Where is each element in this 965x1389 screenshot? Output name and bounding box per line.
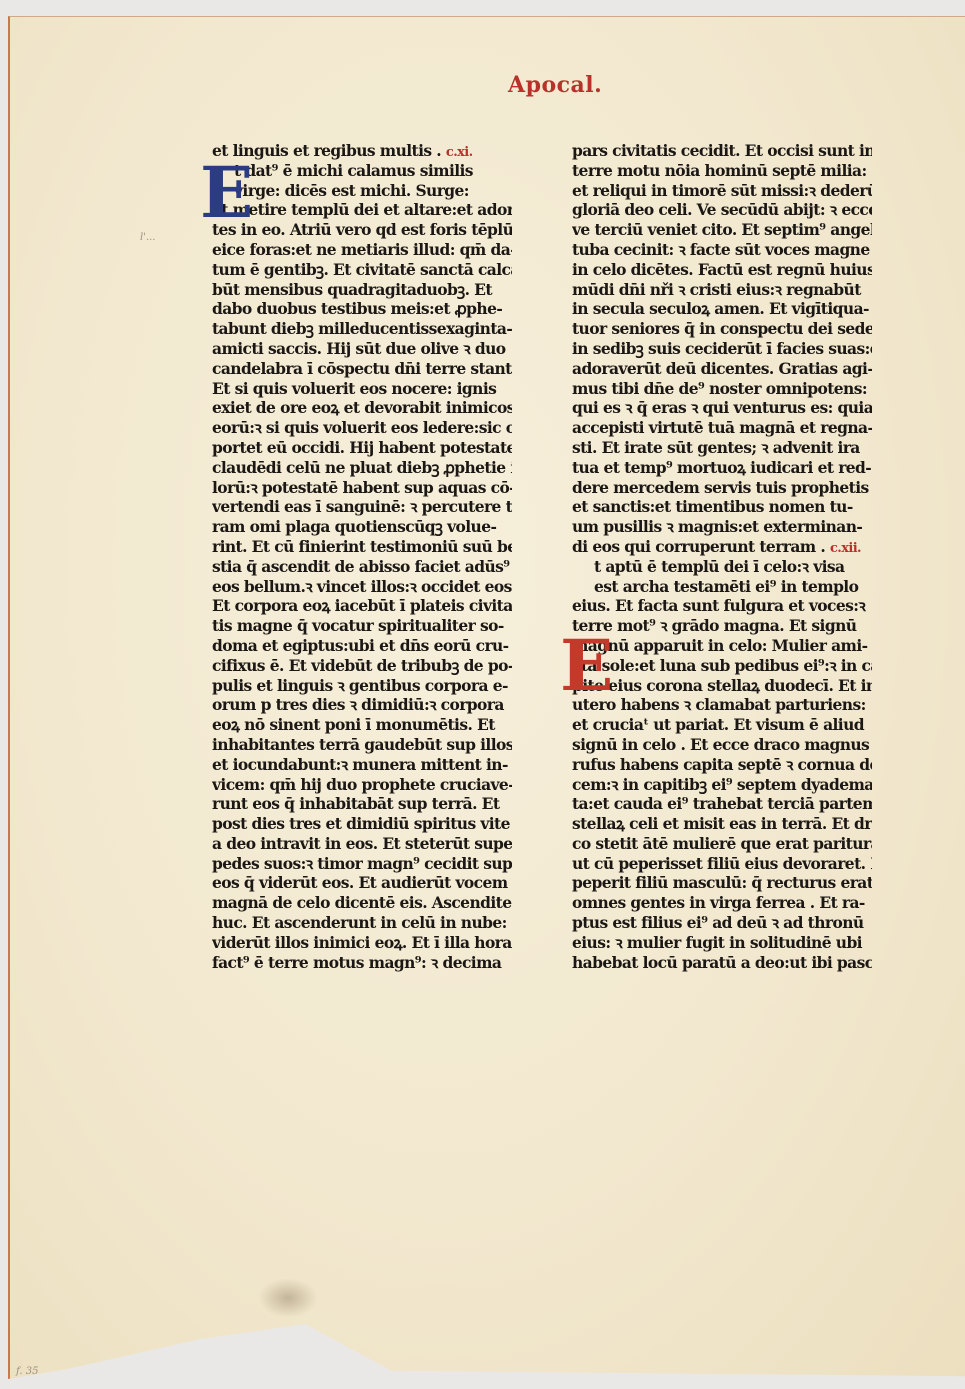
- text-line: tes in eo. Atriū vero qd est foris tēplū: [212, 220, 512, 240]
- line-text: gloriā deo celi. Ve secūdū abijt: ꝛ ecce: [572, 200, 872, 219]
- line-text: eos q̄ viderūt eos. Et audierūt vocem: [212, 873, 508, 892]
- text-line: būt mensibus quadragitaduobꝫ. Et: [212, 280, 512, 300]
- line-text: eos bellum.ꝛ vincet illos:ꝛ occidet eos.: [212, 577, 512, 596]
- text-line: eos q̄ viderūt eos. Et audierūt vocem: [212, 873, 512, 893]
- line-text: doma et egiptus:ubi et dn̄s eorū cru-: [212, 636, 509, 655]
- text-line: stellaꝝ celi et misit eas in terrā. Et d…: [572, 814, 872, 834]
- line-text: ut cū peperisset filiū eius devoraret. E…: [572, 854, 872, 873]
- text-line: virge: dicēs est michi. Surge:: [212, 181, 512, 201]
- text-line: Et corpora eoꝝ iacebūt ī plateis civita-: [212, 596, 512, 616]
- text-line: doma et egiptus:ubi et dn̄s eorū cru-: [212, 636, 512, 656]
- margin-note: l'...: [140, 232, 155, 243]
- folio-mark: f. 35: [16, 1366, 38, 1377]
- line-text: virge: dicēs est michi. Surge:: [234, 181, 469, 200]
- text-line: sti. Et irate sūt gentes; ꝛ advenit ira: [572, 438, 872, 458]
- text-line: terre motu nōia hominū septē milia:: [572, 161, 872, 181]
- line-text: magnū apparuit in celo: Mulier ami-: [572, 636, 867, 655]
- text-line: exiet de ore eoꝝ et devorabit inimicos: [212, 398, 512, 418]
- text-line: pulis et linguis ꝛ gentibus corpora e-: [212, 676, 512, 696]
- text-line: viderūt illos inimici eoꝝ. Et ī illa hor…: [212, 933, 512, 953]
- text-line: eoꝝ nō sinent poni ī monumētis. Et: [212, 715, 512, 735]
- text-line: stia q̄ ascendit de abisso faciet adūs⁹: [212, 557, 512, 577]
- text-line: dabo duobus testibus meis:et ꝓphe-: [212, 299, 512, 319]
- text-line: cta sole:et luna sub pedibus ei⁹:ꝛ in ca…: [572, 656, 872, 676]
- line-text: stellaꝝ celi et misit eas in terrā. Et d…: [572, 814, 872, 833]
- line-text: in sedibꝫ suis ceciderūt ī facies suas:e…: [572, 339, 872, 358]
- right-column: E pars civitatis cecidit. Et occisi sunt…: [572, 141, 872, 972]
- text-line: co stetit ātē mulierē que erat paritura:: [572, 834, 872, 854]
- line-text: fact⁹ ē terre motus magn⁹: ꝛ decima: [212, 953, 501, 972]
- initial-letter-red: E: [560, 636, 613, 696]
- line-text: terre mot⁹ ꝛ grādo magna. Et signū: [572, 616, 856, 635]
- text-line: cem:ꝛ in capitibꝫ ei⁹ septem dyadema-: [572, 775, 872, 795]
- line-text: signū in celo . Et ecce draco magnus: [572, 735, 869, 754]
- text-line: tua et temp⁹ mortuoꝝ iudicari et red-: [572, 458, 872, 478]
- line-text: cifixus ē. Et videbūt de tribubꝫ de po-: [212, 656, 512, 675]
- text-line: runt eos q̄ inhabitabāt sup terrā. Et: [212, 794, 512, 814]
- text-line: tabunt diebꝫ milleducentissexaginta-: [212, 319, 512, 339]
- text-line: terre mot⁹ ꝛ grādo magna. Et signū: [572, 616, 872, 636]
- line-text: inhabitantes terrā gaudebūt sup illos: [212, 735, 512, 754]
- text-line: eius: ꝛ mulier fugit in solitudinē ubi: [572, 933, 872, 953]
- text-line: adoraverūt deū dicentes. Gratias agi-: [572, 359, 872, 379]
- line-text: mus tibi dn̄e de⁹ noster omnipotens:: [572, 379, 867, 398]
- line-text: pite eius corona stellaꝝ duodecī. Et in: [572, 676, 872, 695]
- chapter-marker: c.xii.: [830, 541, 861, 556]
- text-line: gloriā deo celi. Ve secūdū abijt: ꝛ ecce: [572, 200, 872, 220]
- text-line: orum p tres dies ꝛ dimidiū:ꝛ corpora: [212, 695, 512, 715]
- text-line: a deo intravit in eos. Et steterūt super: [212, 834, 512, 854]
- text-line: eius. Et facta sunt fulgura et voces:ꝛ: [572, 596, 872, 616]
- initial-letter-blue: E: [200, 163, 253, 223]
- line-text: exiet de ore eoꝝ et devorabit inimicos: [212, 398, 512, 417]
- text-line: um pusillis ꝛ magnis:et exterminan-: [572, 517, 872, 537]
- text-line: tis magne q̄ vocatur spiritualiter so-: [212, 616, 512, 636]
- text-line: et sanctis:et timentibus nomen tu-: [572, 497, 872, 517]
- text-line: tuba cecinit: ꝛ facte sūt voces magne: [572, 240, 872, 260]
- text-line: huc. Et ascenderunt in celū in nube: et: [212, 913, 512, 933]
- running-head: Apocal.: [508, 72, 602, 98]
- text-line: eorū:ꝛ si quis voluerit eos ledere:sic o…: [212, 418, 512, 438]
- line-text: huc. Et ascenderunt in celū in nube: et: [212, 913, 512, 932]
- line-text: dabo duobus testibus meis:et ꝓphe-: [212, 299, 502, 318]
- text-line: pars civitatis cecidit. Et occisi sunt i…: [572, 141, 872, 161]
- line-text: dere mercedem servis tuis prophetis: [572, 478, 869, 497]
- line-text: ve terciū veniet cito. Et septim⁹ angel⁹: [572, 220, 872, 239]
- line-text: habebat locū paratū a deo:ut ibi pascāt: [572, 953, 872, 972]
- text-line: ptus est filius ei⁹ ad deū ꝛ ad thronū: [572, 913, 872, 933]
- line-text: rint. Et cū finierint testimoniū suū be-: [212, 537, 512, 556]
- text-line: habebat locū paratū a deo:ut ibi pascāt: [572, 953, 872, 973]
- text-line: ve terciū veniet cito. Et septim⁹ angel⁹: [572, 220, 872, 240]
- text-line: in sedibꝫ suis ceciderūt ī facies suas:e…: [572, 339, 872, 359]
- line-text: tes in eo. Atriū vero qd est foris tēplū: [212, 220, 512, 239]
- text-line: mus tibi dn̄e de⁹ noster omnipotens:: [572, 379, 872, 399]
- text-line: tuor seniores q̄ in conspectu dei sedent: [572, 319, 872, 339]
- text-line: amicti saccis. Hij sūt due olive ꝛ duo: [212, 339, 512, 359]
- line-text: viderūt illos inimici eoꝝ. Et ī illa hor…: [212, 933, 512, 952]
- text-line: mūdi dn̄i nři ꝛ cristi eius:ꝛ regnabūt: [572, 280, 872, 300]
- text-line: vicem: qm̄ hij duo prophete cruciave-: [212, 775, 512, 795]
- line-text: et metire templū dei et altare:et adorā-: [212, 200, 512, 219]
- line-text: pedes suos:ꝛ timor magn⁹ cecidit sup: [212, 854, 512, 873]
- text-line: candelabra ī cōspectu dn̄i terre stantes…: [212, 359, 512, 379]
- text-line: fact⁹ ē terre motus magn⁹: ꝛ decima: [212, 953, 512, 973]
- text-line: lorū:ꝛ potestatē habent sup aquas cō-: [212, 478, 512, 498]
- line-text: est archa testamēti ei⁹ in templo: [594, 577, 858, 596]
- line-text: eoꝝ nō sinent poni ī monumētis. Et: [212, 715, 495, 734]
- line-text: ptus est filius ei⁹ ad deū ꝛ ad thronū: [572, 913, 864, 932]
- text-line: Et si quis voluerit eos nocere: ignis: [212, 379, 512, 399]
- line-text: stia q̄ ascendit de abisso faciet adūs⁹: [212, 557, 509, 576]
- text-line: t dat⁹ ē michi calamus similis: [212, 161, 512, 181]
- text-line: tum ē gentibꝫ. Et civitatē sanctā calca-: [212, 260, 512, 280]
- text-line: claudēdi celū ne pluat diebꝫ ꝓphetie il-: [212, 458, 512, 478]
- line-text: rufus habens capita septē ꝛ cornua de-: [572, 755, 872, 774]
- line-text: sti. Et irate sūt gentes; ꝛ advenit ira: [572, 438, 860, 457]
- text-line: omnes gentes in virga ferrea . Et ra-: [572, 893, 872, 913]
- line-text: qui es ꝛ q̄ eras ꝛ qui venturus es: quia: [572, 398, 872, 417]
- line-text: claudēdi celū ne pluat diebꝫ ꝓphetie il-: [212, 458, 512, 477]
- text-line: magnū apparuit in celo: Mulier ami-: [572, 636, 872, 656]
- chapter-marker: c.xi.: [446, 145, 473, 160]
- line-text: omnes gentes in virga ferrea . Et ra-: [572, 893, 865, 912]
- text-line: in celo dicētes. Factū est regnū huius: [572, 260, 872, 280]
- text-line: in secula seculoꝝ amen. Et vigītiqua-: [572, 299, 872, 319]
- left-column: E et linguis et regibus multis . c.xi.t …: [212, 141, 512, 972]
- line-text: in celo dicētes. Factū est regnū huius: [572, 260, 872, 279]
- line-text: runt eos q̄ inhabitabāt sup terrā. Et: [212, 794, 499, 813]
- line-text: tis magne q̄ vocatur spiritualiter so-: [212, 616, 504, 635]
- text-line: accepisti virtutē tuā magnā et regna-: [572, 418, 872, 438]
- line-text: accepisti virtutē tuā magnā et regna-: [572, 418, 872, 437]
- text-line: pite eius corona stellaꝝ duodecī. Et in: [572, 676, 872, 696]
- stain-mark: [258, 1278, 318, 1318]
- line-text: tuba cecinit: ꝛ facte sūt voces magne: [572, 240, 870, 259]
- line-text: tua et temp⁹ mortuoꝝ iudicari et red-: [572, 458, 871, 477]
- text-line: pedes suos:ꝛ timor magn⁹ cecidit sup: [212, 854, 512, 874]
- line-text: et reliqui in timorē sūt missi:ꝛ dederūt: [572, 181, 872, 200]
- line-text: cta sole:et luna sub pedibus ei⁹:ꝛ in ca…: [572, 656, 872, 675]
- line-text: Et si quis voluerit eos nocere: ignis: [212, 379, 496, 398]
- text-line: post dies tres et dimidiū spiritus vite: [212, 814, 512, 834]
- text-line: rufus habens capita septē ꝛ cornua de-: [572, 755, 872, 775]
- line-text: būt mensibus quadragitaduobꝫ. Et: [212, 280, 492, 299]
- line-text: amicti saccis. Hij sūt due olive ꝛ duo: [212, 339, 506, 358]
- text-line: magnā de celo dicentē eis. Ascendite: [212, 893, 512, 913]
- line-text: adoraverūt deū dicentes. Gratias agi-: [572, 359, 872, 378]
- text-line: eice foras:et ne metiaris illud: qm̄ da-: [212, 240, 512, 260]
- text-line: dere mercedem servis tuis prophetis: [572, 478, 872, 498]
- line-text: vertendi eas ī sanguinē: ꝛ percutere ter…: [212, 497, 512, 516]
- text-line: et metire templū dei et altare:et adorā-: [212, 200, 512, 220]
- text-line: et cruciaᵗ ut pariat. Et visum ē aliud: [572, 715, 872, 735]
- text-line: inhabitantes terrā gaudebūt sup illos: [212, 735, 512, 755]
- line-text: post dies tres et dimidiū spiritus vite: [212, 814, 510, 833]
- line-text: t aptū ē templū dei ī celo:ꝛ visa: [594, 557, 844, 576]
- line-text: ta:et cauda ei⁹ trahebat terciā partem: [572, 794, 872, 813]
- text-line: est archa testamēti ei⁹ in templo: [572, 577, 872, 597]
- line-text: utero habens ꝛ clamabat parturiens:: [572, 695, 866, 714]
- line-text: terre motu nōia hominū septē milia:: [572, 161, 867, 180]
- text-line: ut cū peperisset filiū eius devoraret. E…: [572, 854, 872, 874]
- text-line: vertendi eas ī sanguinē: ꝛ percutere ter…: [212, 497, 512, 517]
- text-line: ram omi plaga quotienscūqꝫ volue-: [212, 517, 512, 537]
- line-text: eius: ꝛ mulier fugit in solitudinē ubi: [572, 933, 862, 952]
- text-line: ta:et cauda ei⁹ trahebat terciā partem: [572, 794, 872, 814]
- text-line: utero habens ꝛ clamabat parturiens:: [572, 695, 872, 715]
- text-line: portet eū occidi. Hij habent potestatem: [212, 438, 512, 458]
- line-text: a deo intravit in eos. Et steterūt super: [212, 834, 512, 853]
- line-text: et iocundabunt:ꝛ munera mittent in-: [212, 755, 508, 774]
- line-text: orum p tres dies ꝛ dimidiū:ꝛ corpora: [212, 695, 504, 714]
- line-text: tum ē gentibꝫ. Et civitatē sanctā calca-: [212, 260, 512, 279]
- line-text: portet eū occidi. Hij habent potestatem: [212, 438, 512, 457]
- line-text: et sanctis:et timentibus nomen tu-: [572, 497, 853, 516]
- line-text: tuor seniores q̄ in conspectu dei sedent: [572, 319, 872, 338]
- text-line: et linguis et regibus multis . c.xi.: [212, 141, 512, 161]
- text-line: et reliqui in timorē sūt missi:ꝛ dederūt: [572, 181, 872, 201]
- text-line: di eos qui corruperunt terram . c.xii.: [572, 537, 872, 557]
- line-text: in secula seculoꝝ amen. Et vigītiqua-: [572, 299, 869, 318]
- text-line: signū in celo . Et ecce draco magnus: [572, 735, 872, 755]
- line-text: cem:ꝛ in capitibꝫ ei⁹ septem dyadema-: [572, 775, 872, 794]
- line-text: Et corpora eoꝝ iacebūt ī plateis civita-: [212, 596, 512, 615]
- text-line: eos bellum.ꝛ vincet illos:ꝛ occidet eos.: [212, 577, 512, 597]
- line-text: um pusillis ꝛ magnis:et exterminan-: [572, 517, 862, 536]
- line-text: eius. Et facta sunt fulgura et voces:ꝛ: [572, 596, 865, 615]
- text-line: qui es ꝛ q̄ eras ꝛ qui venturus es: quia: [572, 398, 872, 418]
- text-line: et iocundabunt:ꝛ munera mittent in-: [212, 755, 512, 775]
- line-text: ram omi plaga quotienscūqꝫ volue-: [212, 517, 496, 536]
- line-text: t dat⁹ ē michi calamus similis: [234, 161, 473, 180]
- text-line: t aptū ē templū dei ī celo:ꝛ visa: [572, 557, 872, 577]
- line-text: mūdi dn̄i nři ꝛ cristi eius:ꝛ regnabūt: [572, 280, 861, 299]
- line-text: pars civitatis cecidit. Et occisi sunt i…: [572, 141, 872, 160]
- line-text: eorū:ꝛ si quis voluerit eos ledere:sic o…: [212, 418, 512, 437]
- line-text: et cruciaᵗ ut pariat. Et visum ē aliud: [572, 715, 864, 734]
- line-text: candelabra ī cōspectu dn̄i terre stantes…: [212, 359, 512, 378]
- line-text: co stetit ātē mulierē que erat paritura:: [572, 834, 872, 853]
- line-text: di eos qui corruperunt terram .: [572, 537, 825, 556]
- line-text: tabunt diebꝫ milleducentissexaginta-: [212, 319, 512, 338]
- line-text: magnā de celo dicentē eis. Ascendite: [212, 893, 511, 912]
- text-line: rint. Et cū finierint testimoniū suū be-: [212, 537, 512, 557]
- line-text: pulis et linguis ꝛ gentibus corpora e-: [212, 676, 508, 695]
- line-text: vicem: qm̄ hij duo prophete cruciave-: [212, 775, 512, 794]
- line-text: eice foras:et ne metiaris illud: qm̄ da-: [212, 240, 512, 259]
- text-line: peperit filiū masculū: q̄ recturus erat: [572, 873, 872, 893]
- line-text: lorū:ꝛ potestatē habent sup aquas cō-: [212, 478, 512, 497]
- line-text: peperit filiū masculū: q̄ recturus erat: [572, 873, 872, 892]
- text-line: cifixus ē. Et videbūt de tribubꝫ de po-: [212, 656, 512, 676]
